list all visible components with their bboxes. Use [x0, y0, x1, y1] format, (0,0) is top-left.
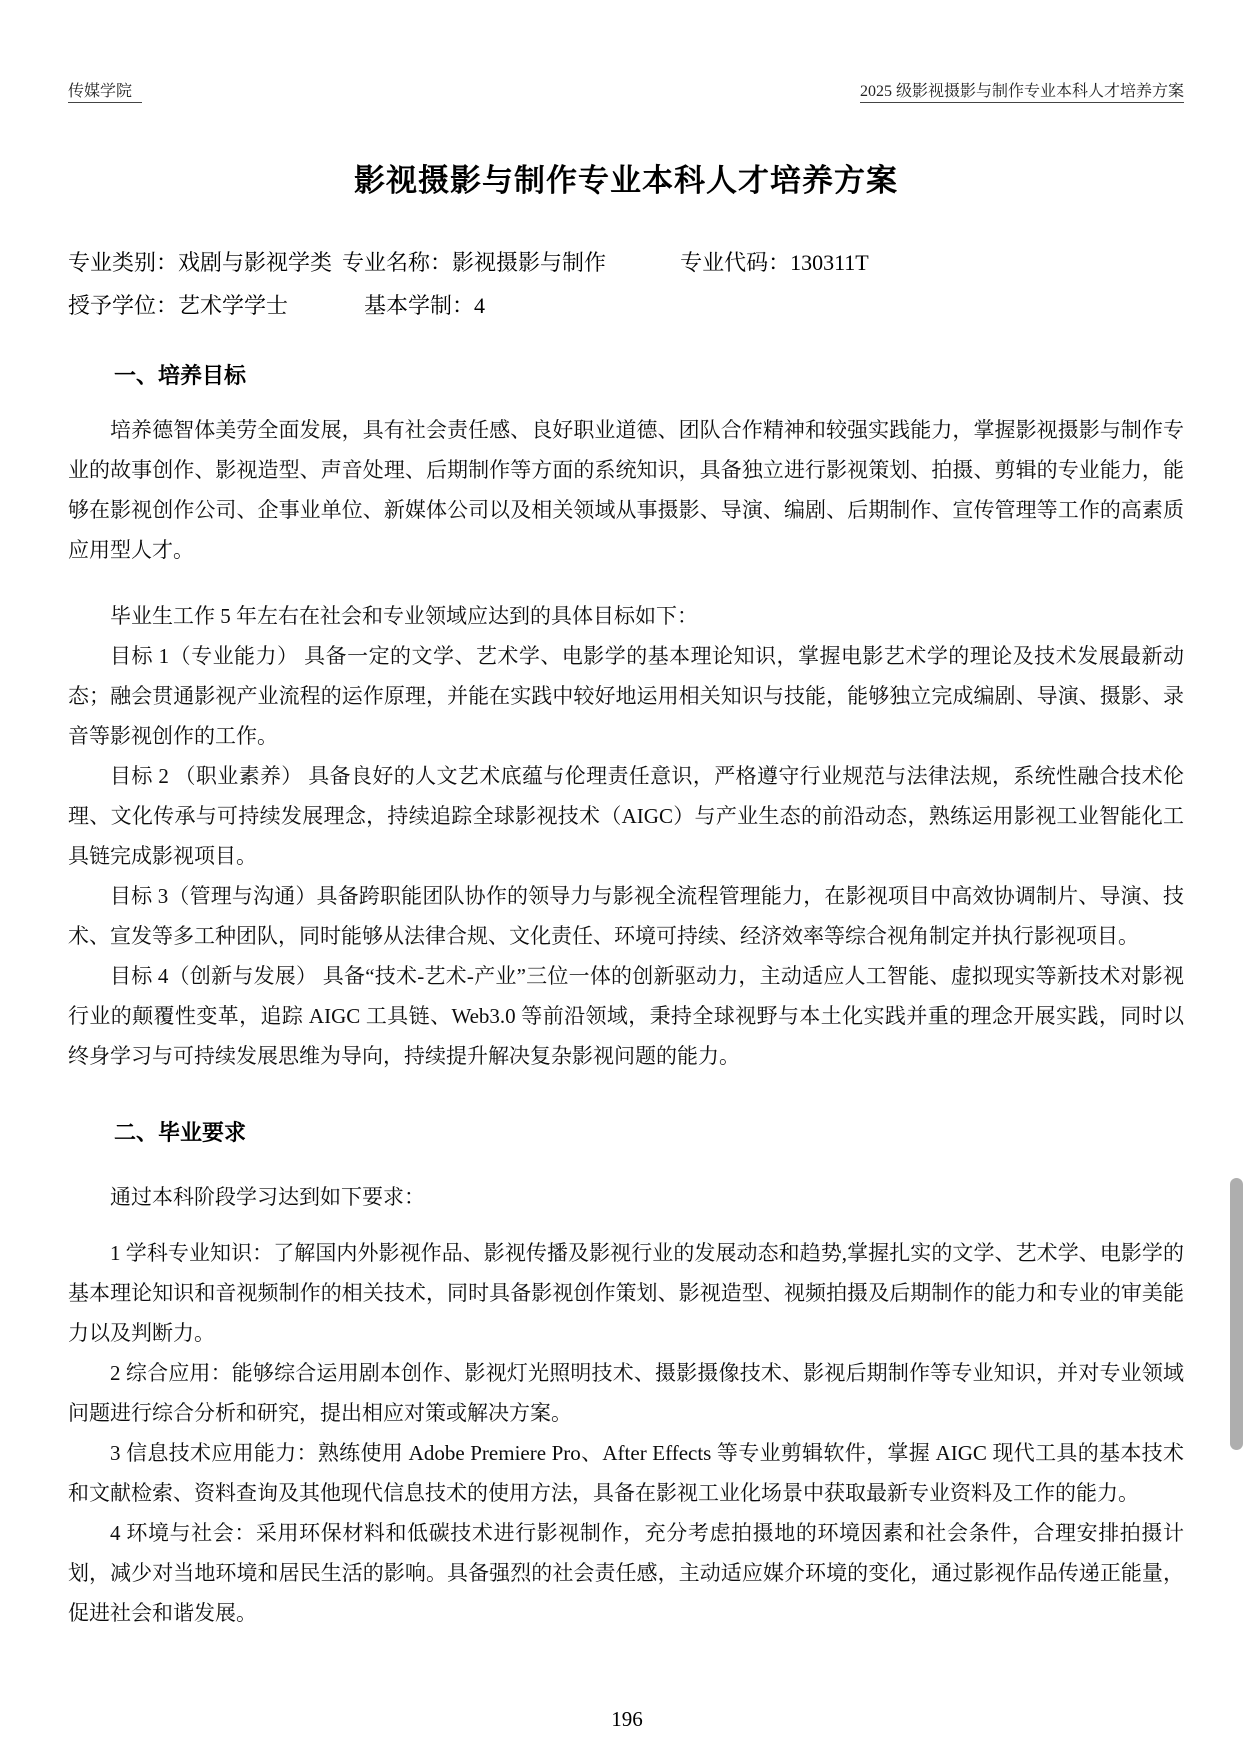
program-meta: 专业类别：戏剧与影视学类专业名称：影视摄影与制作专业代码：130311T 授予学… — [68, 241, 1184, 327]
page-number: 196 — [0, 1707, 1254, 1732]
paragraph: 目标 3（管理与沟通）具备跨职能团队协作的领导力与影视全流程管理能力，在影视项目… — [68, 876, 1184, 956]
major-category-label: 专业类别： — [68, 250, 178, 275]
major-name-value: 影视摄影与制作 — [452, 250, 606, 275]
paragraph: 4 环境与社会：采用环保材料和低碳技术进行影视制作，充分考虑拍摄地的环境因素和社… — [68, 1513, 1184, 1633]
header-left-school-name: 传媒学院 — [68, 78, 142, 103]
paragraph: 3 信息技术应用能力：熟练使用 Adobe Premiere Pro、After… — [68, 1433, 1184, 1513]
meta-row-2: 授予学位：艺术学学士基本学制：4 — [68, 284, 1184, 327]
section-heading-1: 一、培养目标 — [114, 359, 1184, 390]
paragraph: 通过本科阶段学习达到如下要求： — [68, 1177, 1184, 1217]
degree-value: 艺术学学士 — [178, 293, 288, 318]
paragraph: 目标 1（专业能力） 具备一定的文学、艺术学、电影学的基本理论知识，掌握电影艺术… — [68, 636, 1184, 756]
document-title: 影视摄影与制作专业本科人才培养方案 — [68, 159, 1184, 203]
duration-label: 基本学制： — [364, 293, 474, 318]
paragraph: 目标 2 （职业素养） 具备良好的人文艺术底蕴与伦理责任意识，严格遵守行业规范与… — [68, 756, 1184, 876]
major-code-label: 专业代码： — [680, 250, 790, 275]
major-category-value: 戏剧与影视学类 — [178, 250, 332, 275]
major-name-label: 专业名称： — [342, 250, 452, 275]
section-heading-2: 二、毕业要求 — [114, 1116, 1184, 1147]
paragraph: 1 学科专业知识：了解国内外影视作品、影视传播及影视行业的发展动态和趋势,掌握扎… — [68, 1233, 1184, 1353]
paragraph: 目标 4（创新与发展） 具备“技术-艺术-产业”三位一体的创新驱动力，主动适应人… — [68, 956, 1184, 1076]
duration-value: 4 — [474, 293, 485, 318]
document-page: 传媒学院 2025 级影视摄影与制作专业本科人才培养方案 影视摄影与制作专业本科… — [0, 0, 1254, 1754]
header-right-running-title: 2025 级影视摄影与制作专业本科人才培养方案 — [860, 78, 1184, 103]
paragraph: 培养德智体美劳全面发展，具有社会责任感、良好职业道德、团队合作精神和较强实践能力… — [68, 410, 1184, 570]
degree-label: 授予学位： — [68, 293, 178, 318]
page-header: 传媒学院 2025 级影视摄影与制作专业本科人才培养方案 — [68, 78, 1184, 103]
vertical-scrollbar-thumb[interactable] — [1230, 1178, 1243, 1450]
paragraph: 毕业生工作 5 年左右在社会和专业领域应达到的具体目标如下： — [68, 596, 1184, 636]
paragraph: 2 综合应用：能够综合运用剧本创作、影视灯光照明技术、摄影摄像技术、影视后期制作… — [68, 1353, 1184, 1433]
meta-row-1: 专业类别：戏剧与影视学类专业名称：影视摄影与制作专业代码：130311T — [68, 241, 1184, 284]
major-code-value: 130311T — [790, 250, 869, 275]
section-graduation-requirements: 二、毕业要求 通过本科阶段学习达到如下要求： 1 学科专业知识：了解国内外影视作… — [68, 1116, 1184, 1633]
section-training-objectives: 一、培养目标 培养德智体美劳全面发展，具有社会责任感、良好职业道德、团队合作精神… — [68, 359, 1184, 1076]
